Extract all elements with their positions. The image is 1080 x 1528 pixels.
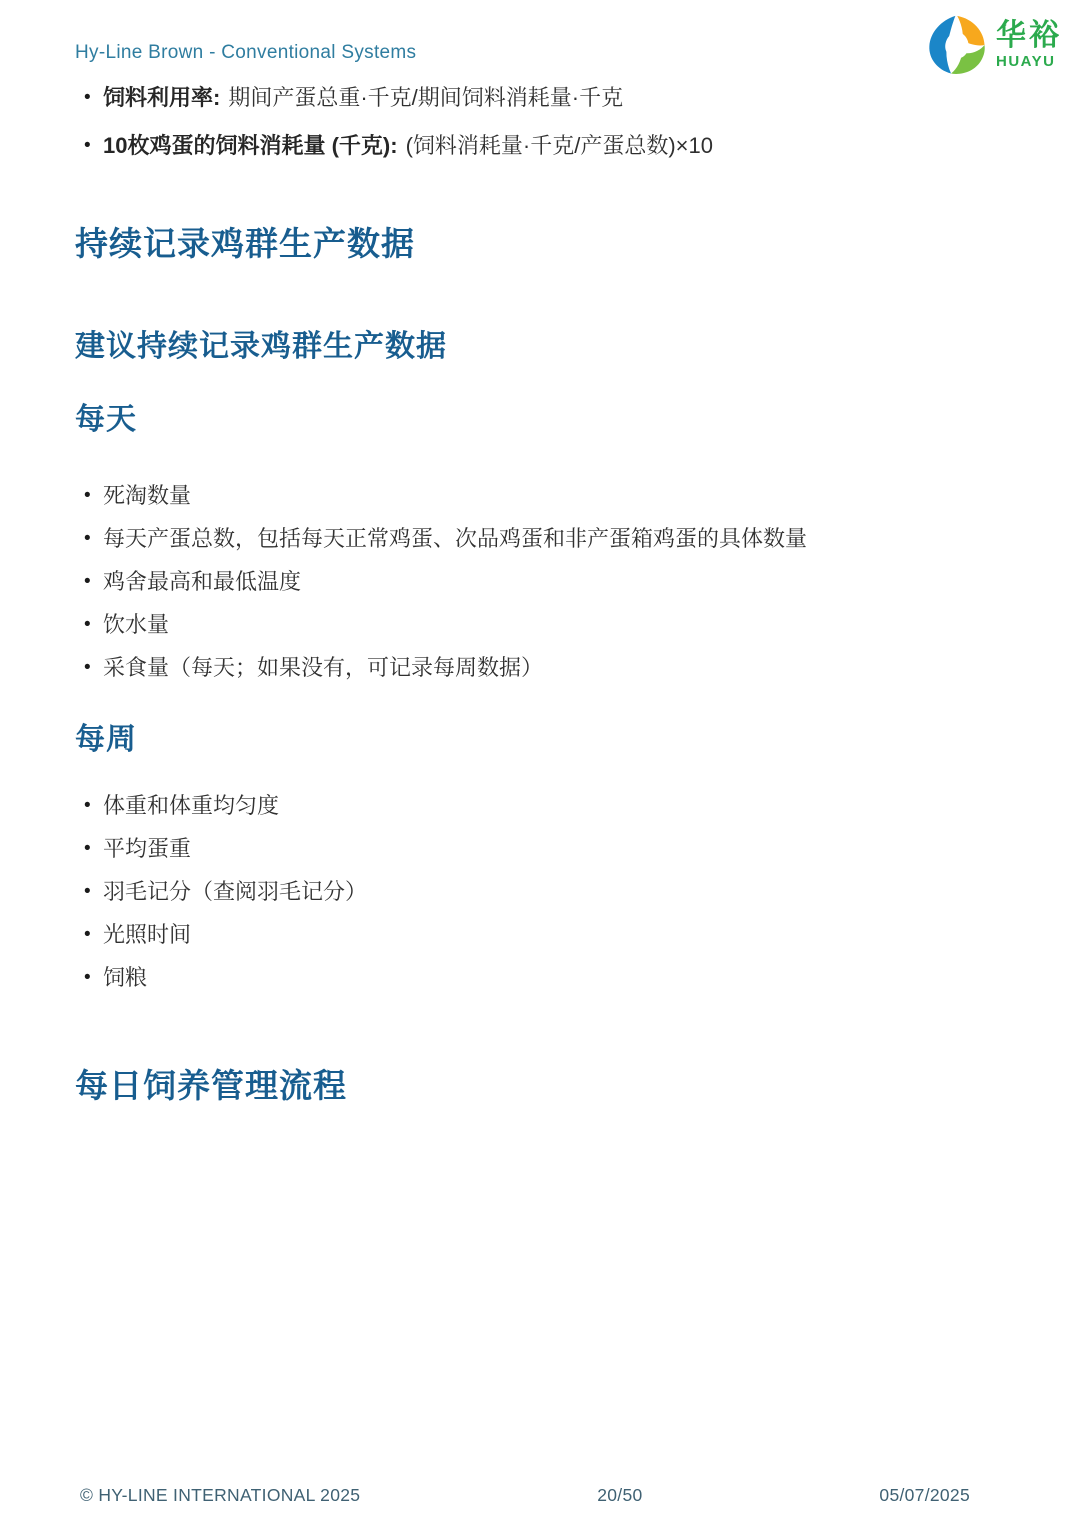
list-item: 饲料利用率:期间产蛋总重·千克/期间饲料消耗量·千克 xyxy=(75,82,1005,114)
list-item: 体重和体重均匀度 xyxy=(75,791,1005,821)
footer-page-number: 20/50 xyxy=(597,1485,642,1506)
list-item: 羽毛记分（查阅羽毛记分） xyxy=(75,877,1005,907)
list-item: 平均蛋重 xyxy=(75,834,1005,864)
formula-text: 期间产蛋总重·千克/期间饲料消耗量·千克 xyxy=(228,85,623,110)
huayu-logo-text: 华裕 HUAYU xyxy=(996,21,1062,69)
page-content: 饲料利用率:期间产蛋总重·千克/期间饲料消耗量·千克 10枚鸡蛋的饲料消耗量 (… xyxy=(0,82,1080,1106)
weekly-record-list: 体重和体重均匀度 平均蛋重 羽毛记分（查阅羽毛记分） 光照时间 饲粮 xyxy=(75,791,1005,993)
list-item: 每天产蛋总数，包括每天正常鸡蛋、次品鸡蛋和非产蛋箱鸡蛋的具体数量 xyxy=(75,524,1005,554)
section-heading-daily-management: 每日饲养管理流程 xyxy=(75,1066,1005,1106)
logo-text-cn: 华裕 xyxy=(996,21,1062,51)
list-item: 死淘数量 xyxy=(75,481,1005,511)
logo-text-en: HUAYU xyxy=(996,54,1062,69)
list-item: 光照时间 xyxy=(75,920,1005,950)
list-item: 采食量（每天；如果没有，可记录每周数据） xyxy=(75,653,1005,683)
list-item: 鸡舍最高和最低温度 xyxy=(75,567,1005,597)
huayu-logo: 华裕 HUAYU xyxy=(925,14,1062,76)
section-heading-weekly: 每周 xyxy=(75,721,1005,759)
footer-date: 05/07/2025 xyxy=(879,1485,970,1506)
document-page: Hy-Line Brown - Conventional Systems 华裕 … xyxy=(0,0,1080,1528)
list-item: 10枚鸡蛋的饲料消耗量 (千克):(饲料消耗量·千克/产蛋总数)×10 xyxy=(75,130,1005,162)
formula-label: 饲料利用率: xyxy=(103,85,220,110)
formula-list: 饲料利用率:期间产蛋总重·千克/期间饲料消耗量·千克 10枚鸡蛋的饲料消耗量 (… xyxy=(75,82,1005,162)
section-subheading-recommend-record: 建议持续记录鸡群生产数据 xyxy=(75,328,1005,366)
list-item: 饲粮 xyxy=(75,963,1005,993)
formula-label: 10枚鸡蛋的饲料消耗量 (千克): xyxy=(103,133,398,158)
list-item: 饮水量 xyxy=(75,610,1005,640)
daily-record-list: 死淘数量 每天产蛋总数，包括每天正常鸡蛋、次品鸡蛋和非产蛋箱鸡蛋的具体数量 鸡舍… xyxy=(75,481,1005,683)
footer-copyright: © HY-LINE INTERNATIONAL 2025 xyxy=(80,1485,360,1506)
section-heading-record-data: 持续记录鸡群生产数据 xyxy=(75,224,1005,264)
formula-text: (饲料消耗量·千克/产蛋总数)×10 xyxy=(406,133,713,158)
page-footer: © HY-LINE INTERNATIONAL 2025 20/50 05/07… xyxy=(0,1485,1080,1506)
section-heading-daily: 每天 xyxy=(75,401,1005,439)
huayu-droplet-icon xyxy=(925,14,987,76)
